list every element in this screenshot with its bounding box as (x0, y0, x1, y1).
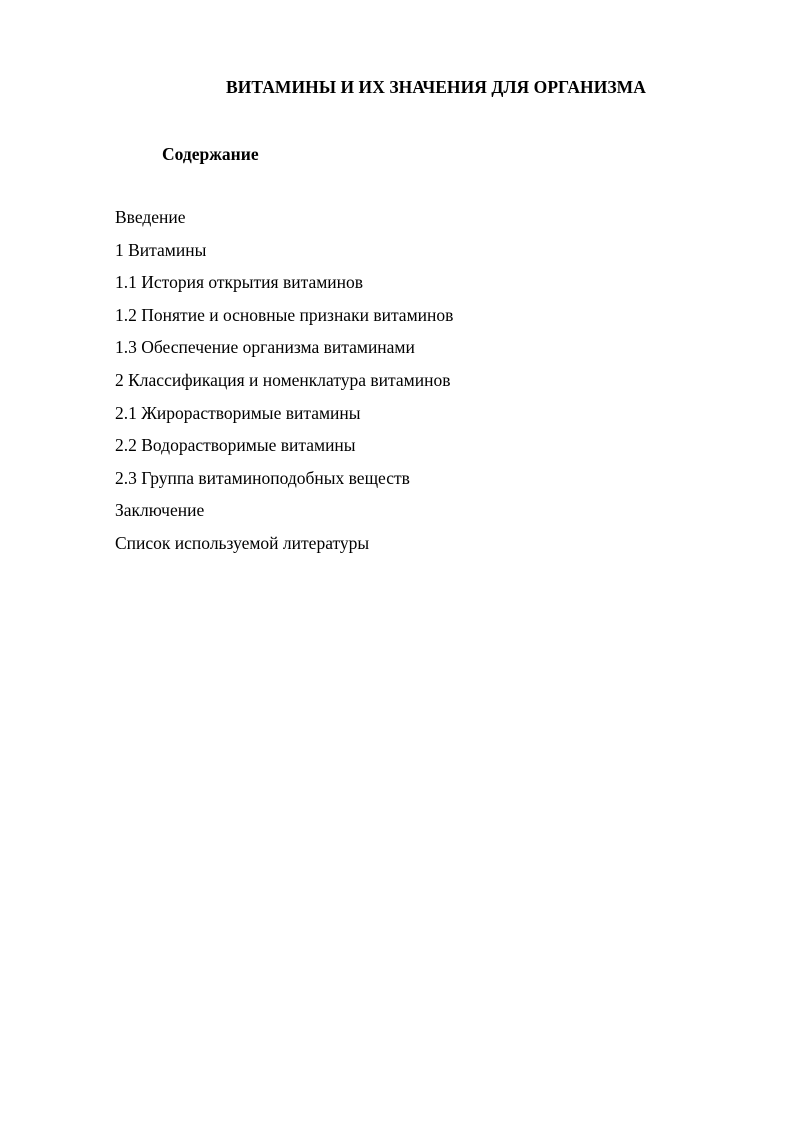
toc-item-water-soluble: 2.2 Водорастворимые витамины (115, 434, 453, 467)
toc-item-vitamins: 1 Витамины (115, 239, 453, 272)
toc-item-discovery-history: 1.1 История открытия витаминов (115, 271, 453, 304)
toc-item-references: Список используемой литературы (115, 532, 453, 565)
toc-item-concept-features: 1.2 Понятие и основные признаки витамино… (115, 304, 453, 337)
table-of-contents: Введение 1 Витамины 1.1 История открытия… (115, 206, 453, 565)
toc-heading: Содержание (162, 143, 259, 165)
toc-item-fat-soluble: 2.1 Жирорастворимые витамины (115, 402, 453, 435)
toc-item-vitamin-supply: 1.3 Обеспечение организма витаминами (115, 336, 453, 369)
toc-item-introduction: Введение (115, 206, 453, 239)
document-title: ВИТАМИНЫ И ИХ ЗНАЧЕНИЯ ДЛЯ ОРГАНИЗМА (226, 76, 680, 98)
toc-item-conclusion: Заключение (115, 499, 453, 532)
toc-item-vitamin-like: 2.3 Группа витаминоподобных веществ (115, 467, 453, 500)
toc-item-classification: 2 Классификация и номенклатура витаминов (115, 369, 453, 402)
